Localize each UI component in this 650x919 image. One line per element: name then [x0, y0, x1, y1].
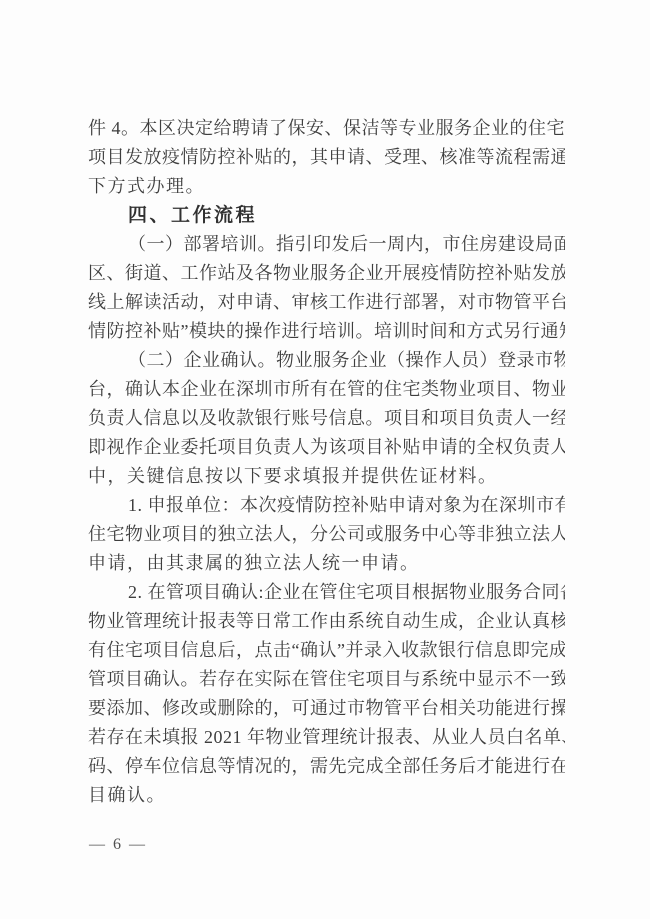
document-text-line: （一）部署培训。指引印发后一周内，市住房建设局面向各	[88, 230, 565, 259]
document-text-line: 码、停车位信息等情况的，需先完成全部任务后才能进行在管项	[88, 752, 565, 781]
document-text-line: 目确认。	[88, 781, 565, 810]
document-text-line: 区、街道、工作站及各物业服务企业开展疫情防控补贴发放政策	[88, 259, 565, 288]
document-text-line: 件 4。本区决定给聘请了保安、保洁等专业服务企业的住宅物业	[88, 114, 565, 143]
page-number: — 6 —	[89, 836, 147, 854]
document-text-line: 有住宅项目信息后，点击“确认”并录入收款银行信息即完成在	[88, 636, 565, 665]
document-text-line: 台，确认本企业在深圳市所有在管的住宅类物业项目、物业项目	[88, 375, 565, 404]
document-text-line: 2. 在管项目确认:企业在管住宅项目根据物业服务合同备案、	[88, 578, 565, 607]
document-text-line: 要添加、修改或删除的，可通过市物管平台相关功能进行操作；	[88, 694, 565, 723]
document-text-line: 负责人信息以及收款银行账号信息。项目和项目负责人一经确认，	[88, 404, 565, 433]
document-text-line: 项目发放疫情防控补贴的，其申请、受理、核准等流程需通过线	[88, 143, 565, 172]
section-heading: 四、工作流程	[88, 201, 565, 230]
document-text-line: 住宅物业项目的独立法人，分公司或服务中心等非独立法人无法	[88, 520, 565, 549]
document-text-line: （二）企业确认。物业服务企业（操作人员）登录市物管平	[88, 346, 565, 375]
document-text-line: 管项目确认。若存在实际在管住宅项目与系统中显示不一致，需	[88, 665, 565, 694]
document-text-line: 情防控补贴”模块的操作进行培训。培训时间和方式另行通知。	[88, 317, 565, 346]
document-text-line: 中，关键信息按以下要求填报并提供佐证材料。	[88, 462, 565, 491]
document-text-line: 申请，由其隶属的独立法人统一申请。	[88, 549, 565, 578]
document-text-block: 件 4。本区决定给聘请了保安、保洁等专业服务企业的住宅物业 项目发放疫情防控补贴…	[88, 114, 565, 810]
document-page: 件 4。本区决定给聘请了保安、保洁等专业服务企业的住宅物业 项目发放疫情防控补贴…	[0, 0, 650, 919]
document-text-line: 若存在未填报 2021 年物业管理统计报表、从业人员白名单、场所	[88, 723, 565, 752]
document-text-line: 线上解读活动，对申请、审核工作进行部署，对市物管平台及“疫	[88, 288, 565, 317]
document-text-line: 物业管理统计报表等日常工作由系统自动生成，企业认真核对所	[88, 607, 565, 636]
document-text-line: 1. 申报单位：本次疫情防控补贴申请对象为在深圳市有在管	[88, 491, 565, 520]
document-text-line: 下方式办理。	[88, 172, 565, 201]
document-text-line: 即视作企业委托项目负责人为该项目补贴申请的全权负责人。其	[88, 433, 565, 462]
